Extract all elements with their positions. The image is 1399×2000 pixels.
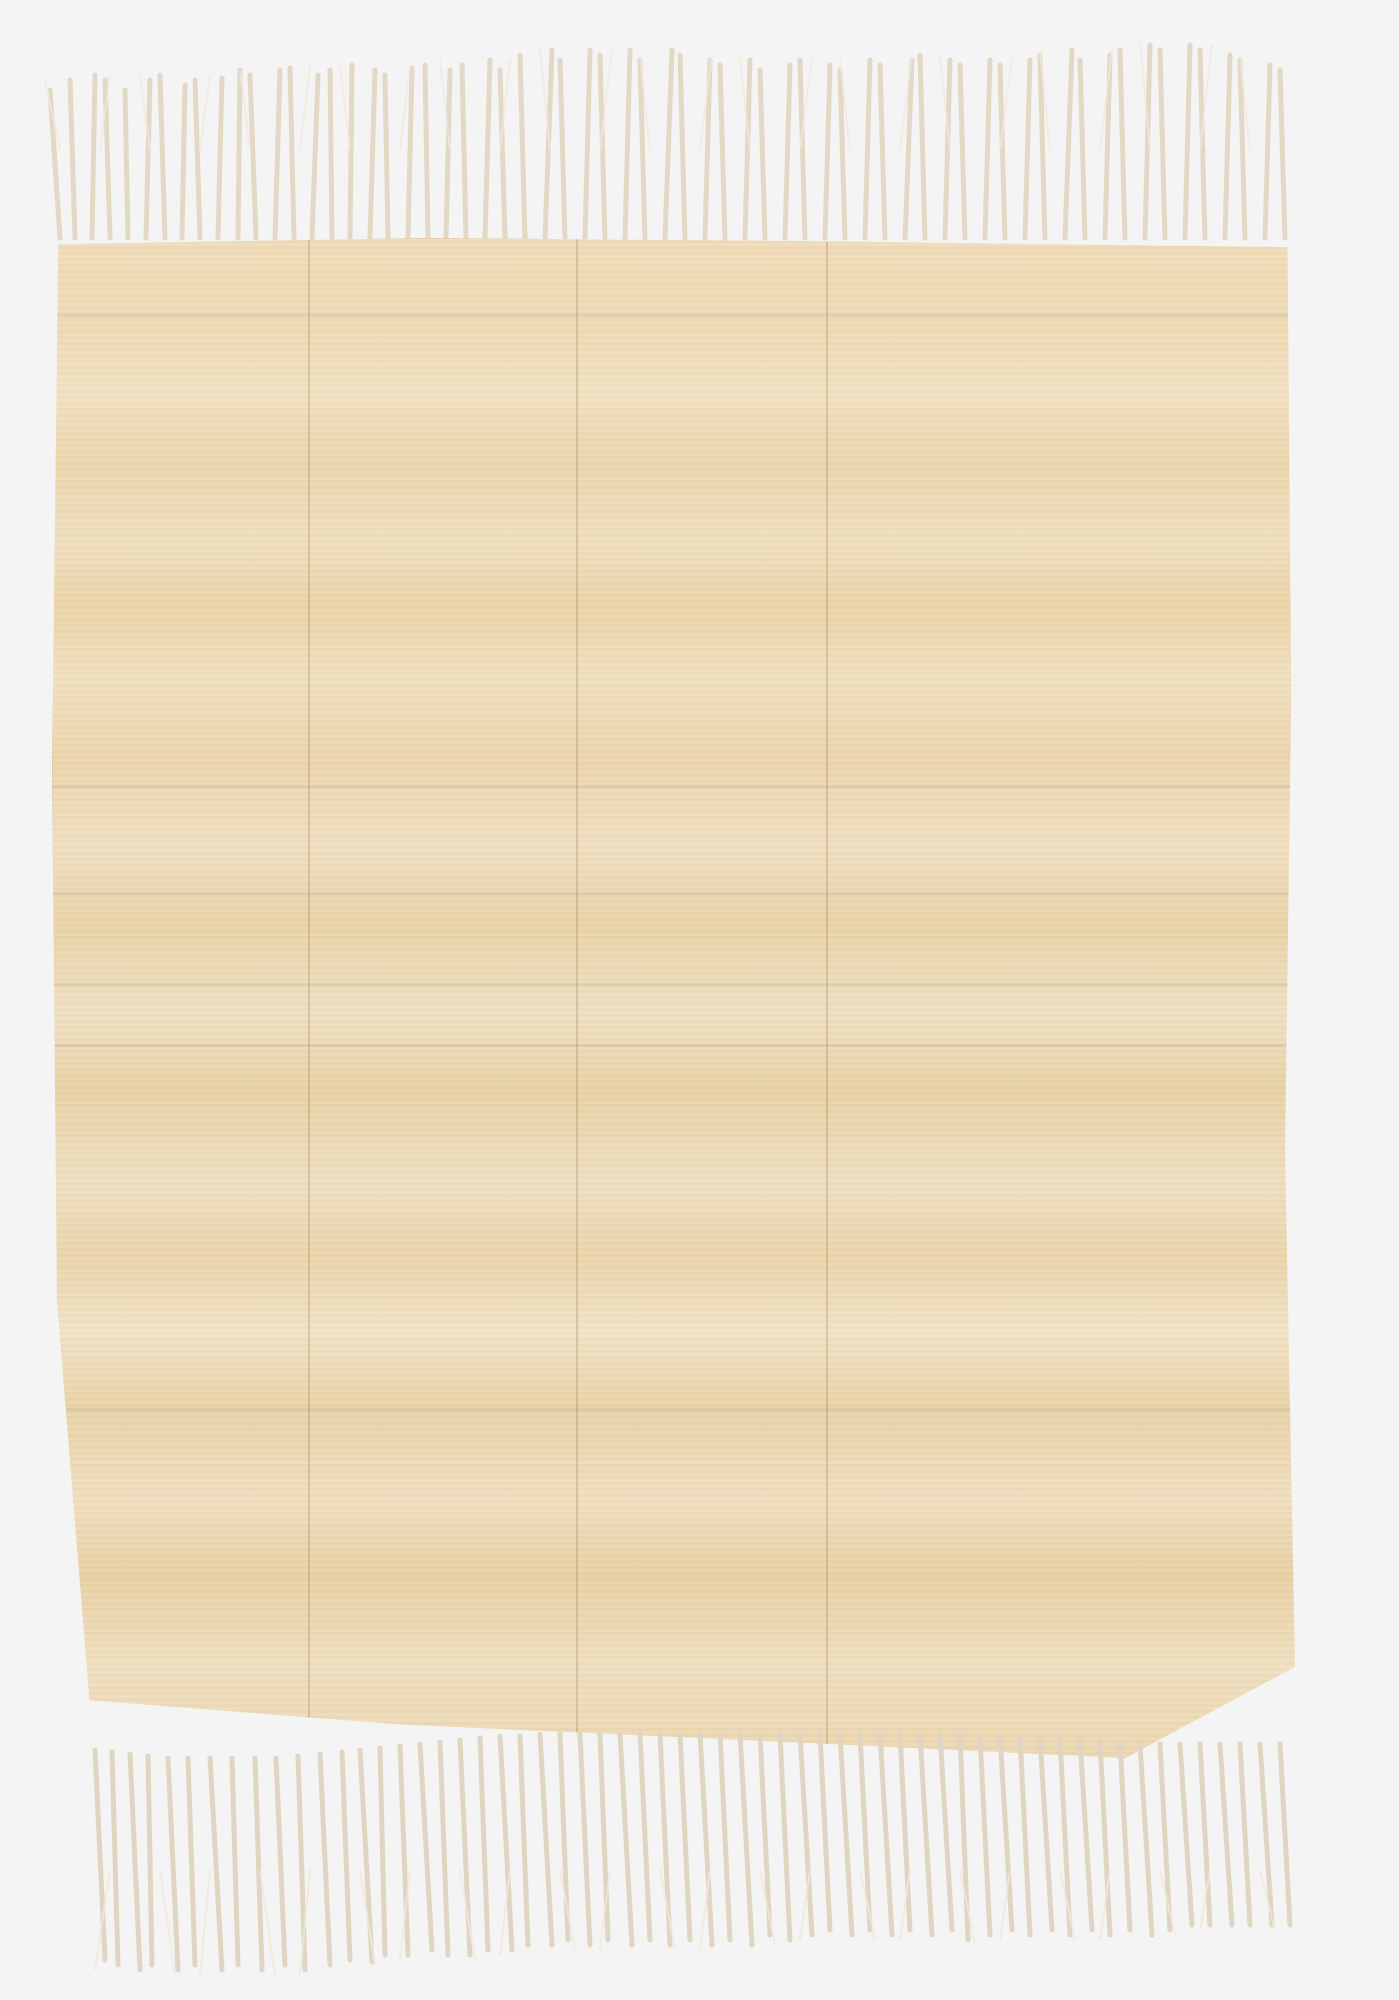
rug-seam [308, 238, 310, 1758]
grey-streak [52, 892, 1300, 895]
grey-streak [52, 1408, 1300, 1411]
rug-pile [52, 238, 1300, 1758]
rug-seam [826, 238, 828, 1758]
grey-streak [52, 983, 1300, 986]
product-photo [0, 0, 1399, 2000]
rug-seam [576, 238, 578, 1758]
grey-streak [52, 785, 1300, 788]
grey-streak [52, 1044, 1300, 1047]
grey-streak [52, 314, 1300, 317]
bottom-fringe [0, 1730, 1399, 1990]
top-fringe [0, 20, 1399, 245]
